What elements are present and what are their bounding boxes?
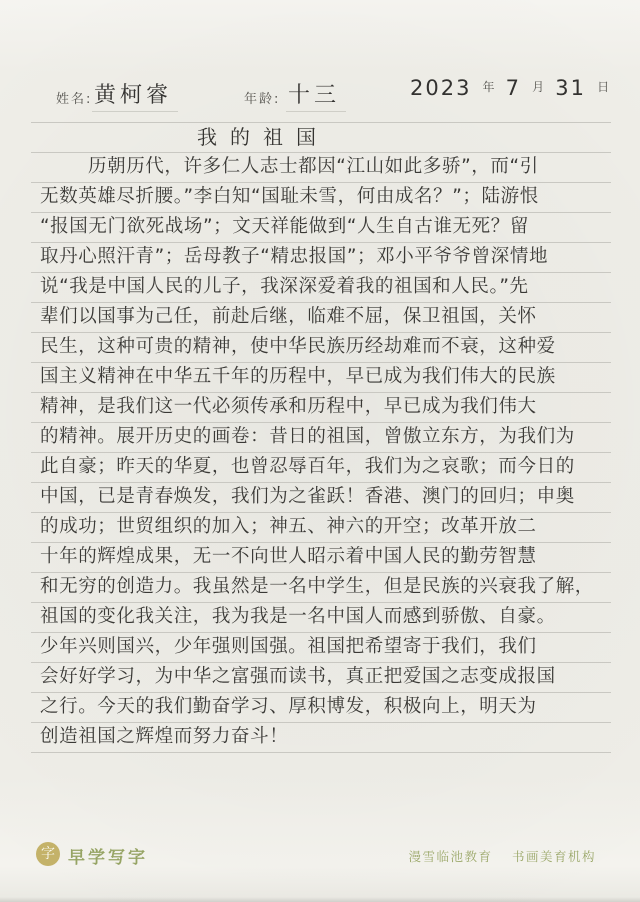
essay-line: 和无穷的创造力。我虽然是一名中学生，但是民族的兴衰我了解， [40, 572, 616, 602]
age-label: 年龄: [244, 88, 280, 107]
essay-line: 无数英雄尽折腰。”李白知“国耻未雪，何由成名？”；陆游恨 [40, 182, 616, 212]
essay-line: 说“我是中国人民的儿子，我深深爱着我的祖国和人民。”先 [40, 272, 616, 302]
date-day-label: 日 [597, 80, 609, 94]
date-month-label: 月 [532, 80, 544, 94]
age-value: 十三 [286, 78, 346, 112]
date-day-value: 31 [555, 76, 586, 100]
essay-line: 的精神。展开历史的画卷：昔日的祖国，曾傲立东方，为我们为 [40, 422, 616, 452]
essay-line: 创造祖国之辉煌而努力奋斗！ [40, 722, 616, 752]
page-bottom-edge-shadow [0, 897, 640, 902]
essay-line: 历朝历代，许多仁人志士都因“江山如此多骄”，而“引 [40, 152, 616, 182]
essay-line: 十年的辉煌成果，无一不向世人昭示着中国人民的勤劳智慧 [40, 542, 616, 572]
essay-line: 民生，这种可贵的精神，使中华民族历经劫难而不衰，这种爱 [40, 332, 616, 362]
date-year-value: 2023 [410, 76, 471, 100]
footer-branding: 字 早学写字 漫雪临池教育 书画美育机构 [0, 838, 640, 874]
zi-logo-icon: 字 [36, 842, 60, 866]
brand-name: 早学写字 [68, 843, 148, 868]
essay-line: 国主义精神在中华五千年的历程中，早已成为我们伟大的民族 [40, 362, 616, 392]
essay-line: 少年兴则国兴，少年强则国强。祖国把希望寄于我们，我们 [40, 632, 616, 662]
essay-line: 的成功；世贸组织的加入；神五、神六的开空；改革开放二 [40, 512, 616, 542]
essay-line: 祖国的变化我关注，我为我是一名中国人而感到骄傲、自豪。 [40, 602, 616, 632]
student-info-header: 姓名: 黄柯睿 年龄: 十三 2023 年 7 月 31 日 [0, 76, 640, 110]
essay-line: 辈们以国事为己任，前赴后继，临难不屈，保卫祖国，关怀 [40, 302, 616, 332]
name-value: 黄柯睿 [92, 78, 178, 112]
essay-line: 会好好学习，为中华之富强而读书，真正把爱国之志变成报国 [40, 662, 616, 692]
essay-line: 精神，是我们这一代必须传承和历程中，早已成为我们伟大 [40, 392, 616, 422]
date-field: 2023 年 7 月 31 日 [410, 76, 615, 100]
essay-line: “报国无门欲死战场”；文天祥能做到“人生自古谁无死？留 [40, 212, 616, 242]
essay-title: 我的祖国 [32, 122, 494, 152]
notebook-page-photo: { "header": { "name_label": "姓名:", "name… [0, 0, 640, 902]
date-month-value: 7 [506, 76, 521, 100]
organization-names: 漫雪临池教育 书画美育机构 [394, 847, 596, 865]
essay-line: 取丹心照汗青”；岳母教子“精忠报国”；邓小平爷爷曾深情地 [40, 242, 616, 272]
org-name-institution: 书画美育机构 [512, 849, 596, 864]
org-name-education: 漫雪临池教育 [408, 849, 492, 864]
essay-line: 此自豪；昨天的华夏，也曾忍辱百年，我们为之哀歌；而今日的 [40, 452, 616, 482]
essay-line: 中国，已是青春焕发，我们为之雀跃！香港、澳门的回归；申奥 [40, 482, 616, 512]
essay-line: 之行。今天的我们勤奋学习、厚积博发，积极向上，明天为 [40, 692, 616, 722]
name-label: 姓名: [56, 88, 92, 107]
date-year-label: 年 [483, 80, 495, 94]
